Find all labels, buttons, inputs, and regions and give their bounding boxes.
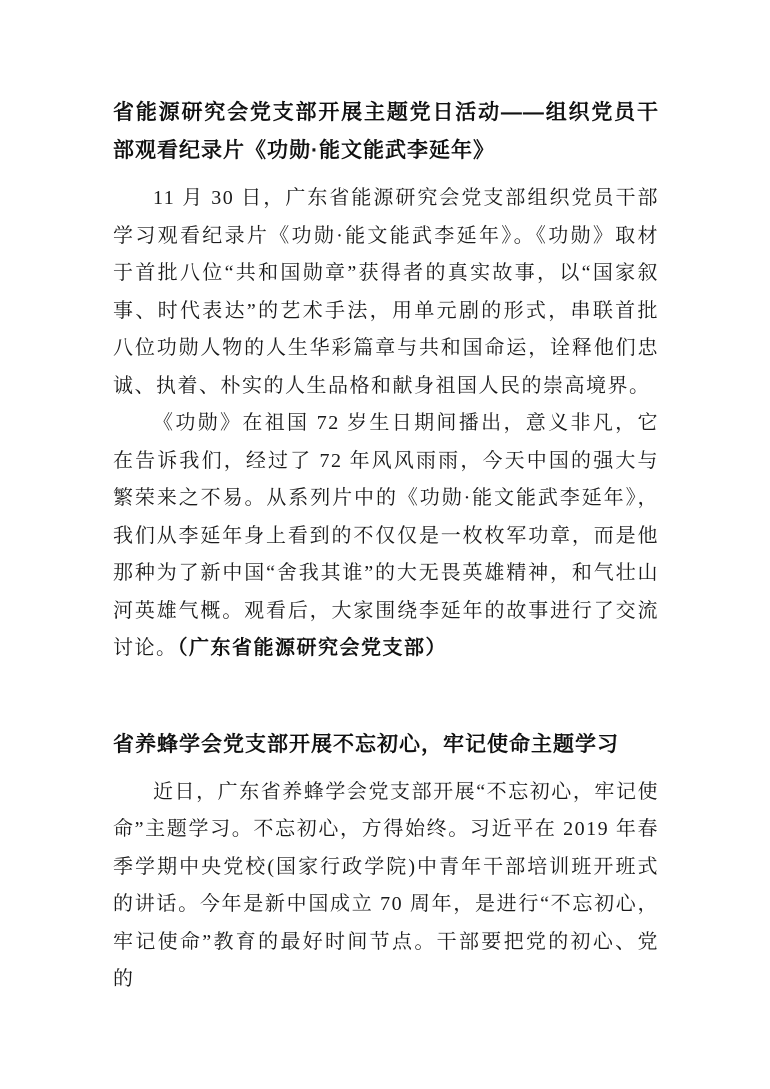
paragraph-text: 近日，广东省养蜂学会党支部开展“不忘初心，牢记使命”主题学习。不忘初心，方得始终… [113, 781, 659, 991]
article-energy-research: 省能源研究会党支部开展主题党日活动——组织党员干部观看纪录片《功勋·能文能武李延… [113, 94, 659, 668]
paragraph: 近日，广东省养蜂学会党支部开展“不忘初心，牢记使命”主题学习。不忘初心，方得始终… [113, 774, 659, 999]
attribution: （广东省能源研究会党支部） [178, 637, 448, 659]
paragraph: 11 月 30 日，广东省能源研究会党支部组织党员干部学习观看纪录片《功勋·能文… [113, 180, 659, 405]
paragraph-text: 《功勋》在祖国 72 岁生日期间播出，意义非凡，它在告诉我们，经过了 72 年风… [113, 412, 659, 659]
paragraph-text: 11 月 30 日，广东省能源研究会党支部组织党员干部学习观看纪录片《功勋·能文… [113, 187, 659, 397]
article-title-beekeeping: 省养蜂学会党支部开展不忘初心，牢记使命主题学习 [113, 726, 659, 764]
article-beekeeping: 省养蜂学会党支部开展不忘初心，牢记使命主题学习 近日，广东省养蜂学会党支部开展“… [113, 726, 659, 999]
article-title-energy: 省能源研究会党支部开展主题党日活动——组织党员干部观看纪录片《功勋·能文能武李延… [113, 94, 659, 170]
paragraph: 《功勋》在祖国 72 岁生日期间播出，意义非凡，它在告诉我们，经过了 72 年风… [113, 405, 659, 668]
document-page: 省能源研究会党支部开展主题党日活动——组织党员干部观看纪录片《功勋·能文能武李延… [0, 0, 770, 1089]
document-content: 省能源研究会党支部开展主题党日活动——组织党员干部观看纪录片《功勋·能文能武李延… [113, 94, 659, 999]
